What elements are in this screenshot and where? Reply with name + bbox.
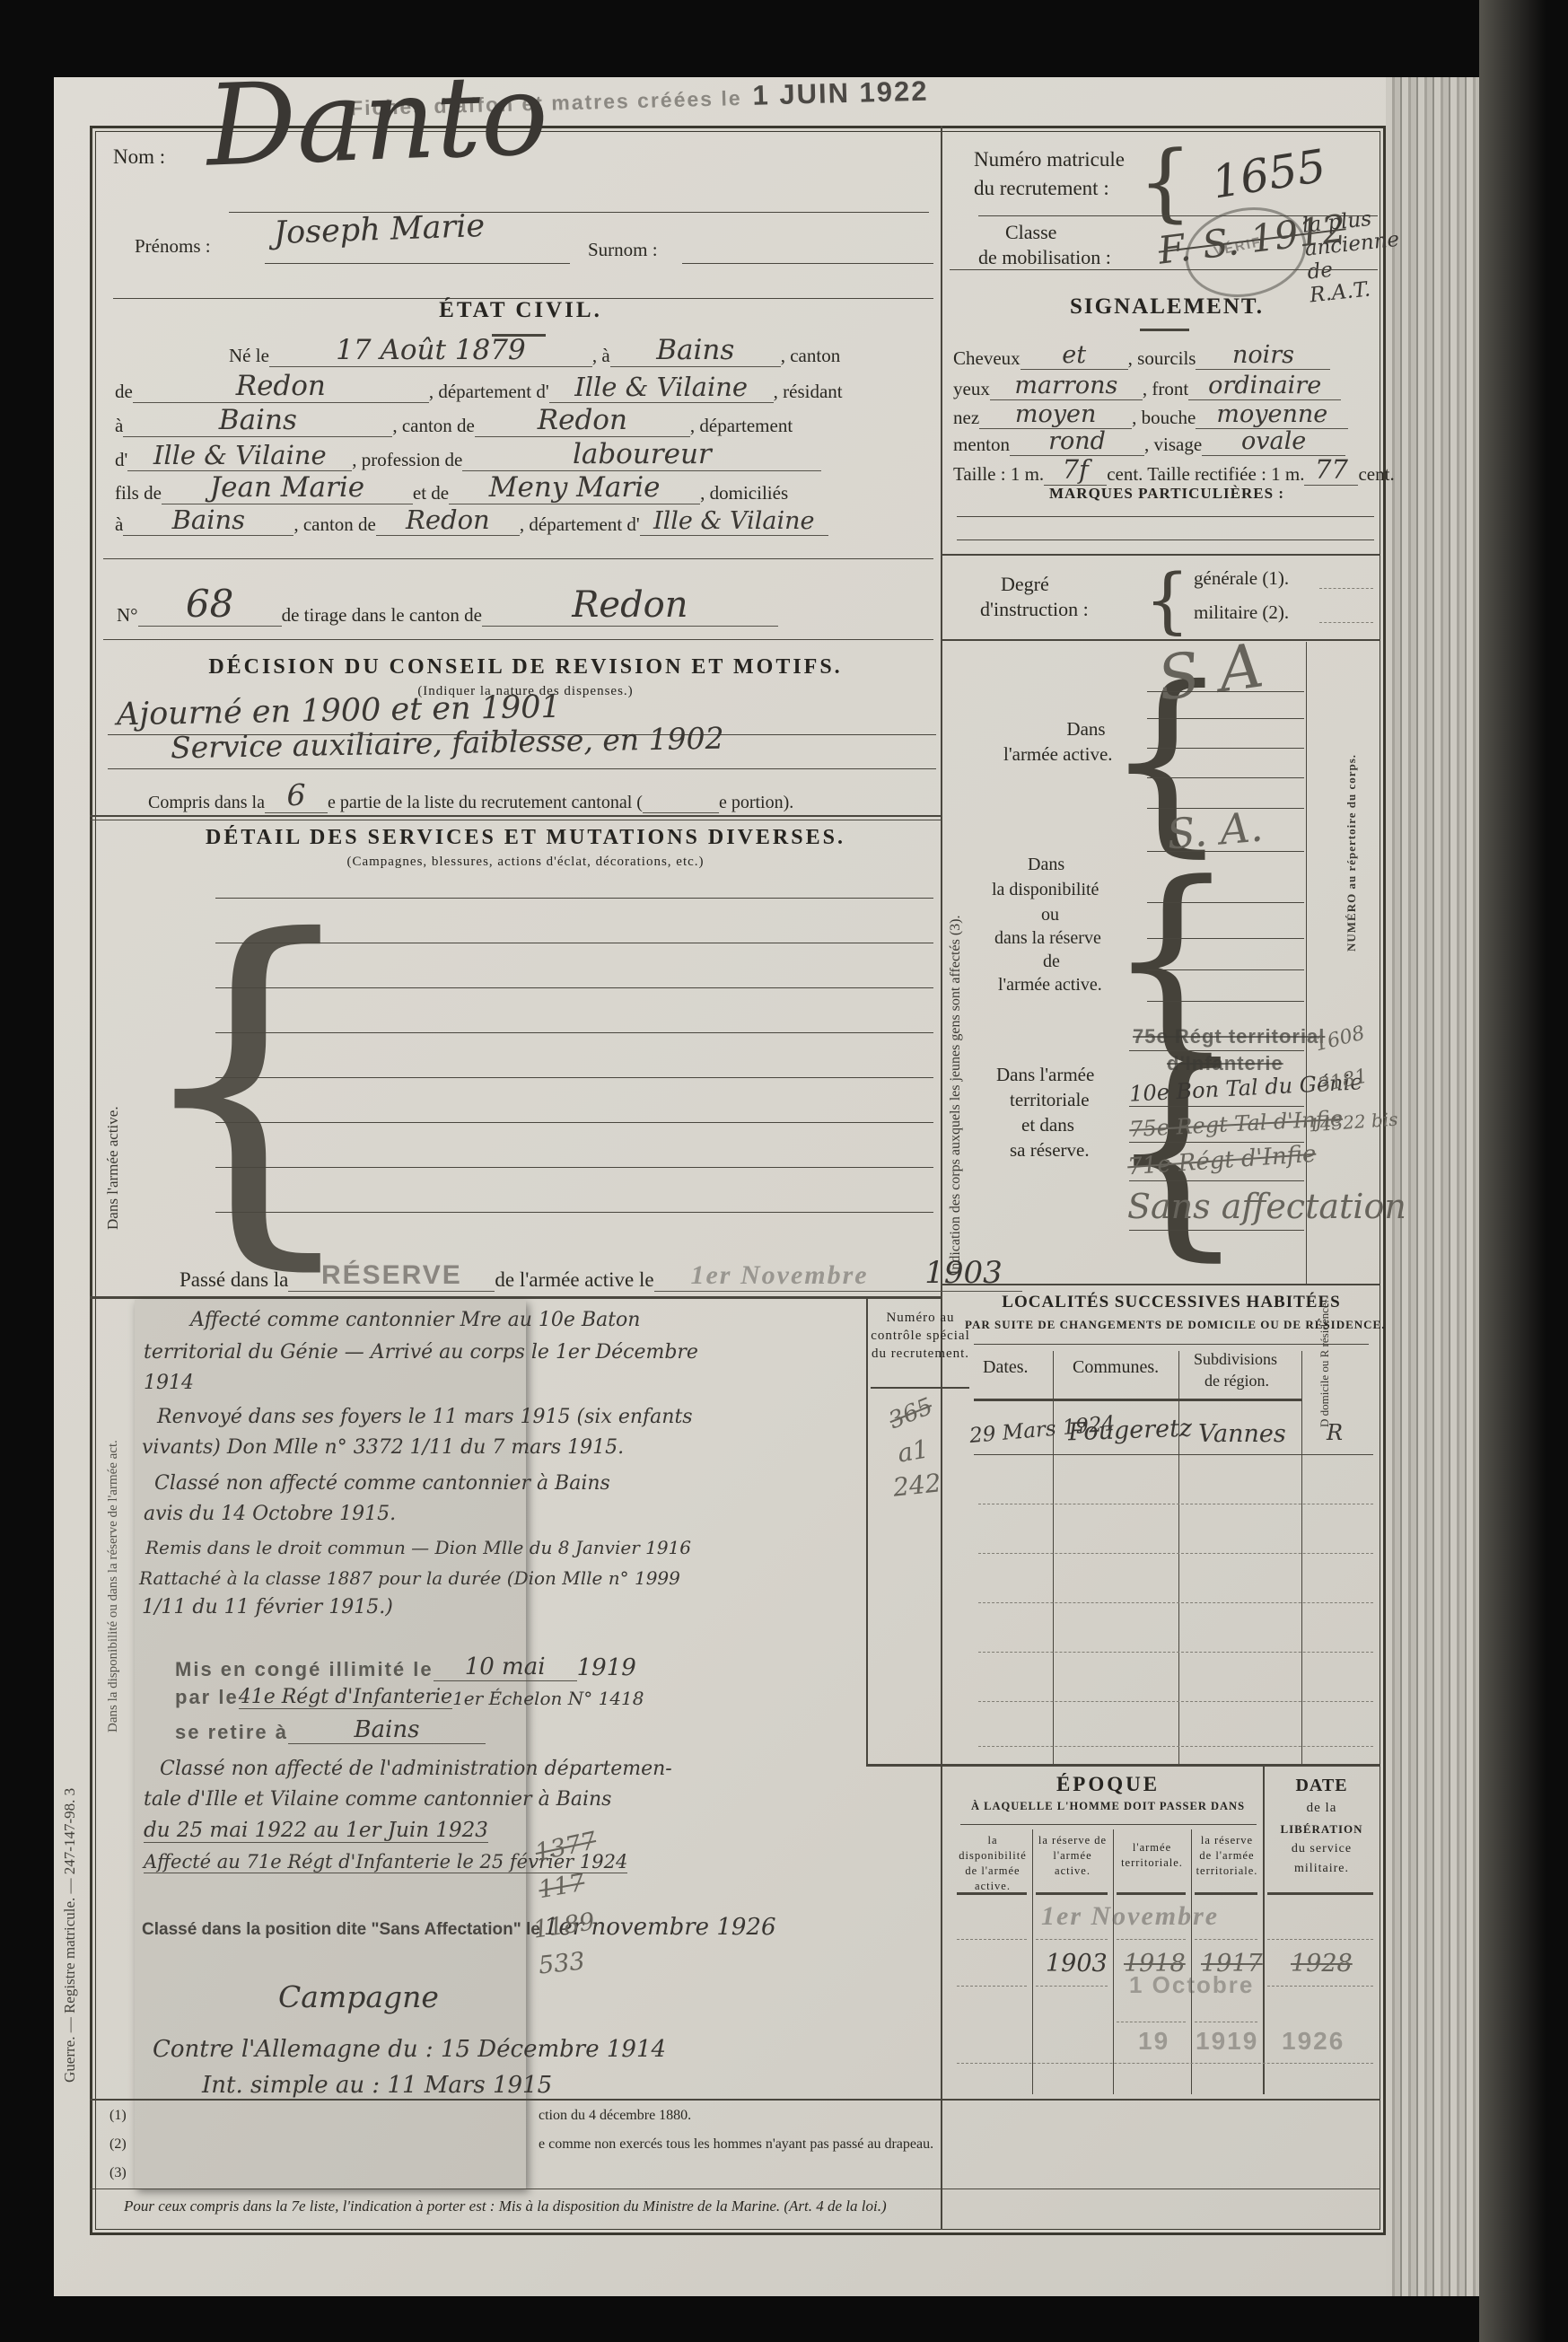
ep-year-3: 1926 (1282, 2027, 1345, 2056)
ec5-post: , domiciliés (700, 482, 788, 504)
degre-top-rule (941, 554, 1380, 556)
footnote-2-mark: (2) (109, 2136, 127, 2153)
conge-regiment: 41e Régt d'Infanterie (239, 1686, 452, 1709)
disp-line-2 (1147, 902, 1304, 903)
act-line-2 (1147, 718, 1304, 719)
section-rule-b (90, 820, 941, 820)
note-l4: Renvoyé dans ses foyers le 11 mars 1915 … (157, 1406, 693, 1428)
ec6-v1: Bains (123, 504, 293, 536)
center-divider (941, 126, 942, 2230)
dispo-label-4: dans la réserve (994, 928, 1101, 949)
sourcils-label: , sourcils (1128, 347, 1196, 370)
note-l6: Classé non affecté comme cantonnier à Ba… (154, 1472, 610, 1495)
ec6-mid: , canton de (293, 513, 376, 536)
ep-dash-2e (1267, 1986, 1373, 1987)
ec1-pre: Né le (229, 345, 269, 367)
terr-label-1: Dans l'armée (996, 1064, 1094, 1086)
degre-generale: générale (1). (1194, 567, 1289, 590)
services-title: DÉTAIL DES SERVICES ET MUTATIONS DIVERSE… (115, 826, 936, 850)
svc-line-6 (215, 1122, 933, 1123)
cheveux-label: Cheveux (953, 347, 1021, 370)
degre-bottom-rule (941, 639, 1380, 641)
ep-c1a: la (987, 1834, 997, 1846)
active-value: S A (1153, 630, 1267, 715)
numero-matricule-label-1: Numéro matricule (974, 148, 1125, 171)
epoque-title: ÉPOQUE (953, 1773, 1263, 1796)
corps-side-label: Indication des corps auxquels les jeunes… (948, 754, 964, 1275)
terr-entry-1a: 75e Régt territorial (1133, 1025, 1325, 1048)
ep-c3a: l'armée (1133, 1841, 1171, 1854)
terr-line-4 (1129, 1180, 1304, 1181)
terr-line-2 (1129, 1106, 1304, 1107)
ep-c1d: l'armée active. (975, 1864, 1021, 1892)
conge-stamp-3: se retire à (175, 1721, 288, 1744)
prenoms-line (265, 263, 570, 264)
sig-row-1: Cheveux et , sourcils noirs (953, 341, 1330, 370)
conge-date: 10 mai (434, 1653, 577, 1681)
services-brace: { (127, 862, 367, 1301)
ec5-mid: et de (413, 482, 449, 504)
terr-line-1 (1129, 1050, 1304, 1051)
footnote-divider (90, 2188, 1380, 2189)
campagne-line-1: Contre l'Allemagne du : 15 Décembre 1914 (153, 2036, 666, 2063)
decision-rule-2 (108, 768, 936, 769)
compris-tail: e portion). (719, 793, 793, 813)
disp-line-4 (1147, 969, 1304, 970)
loc-empty-3 (978, 1602, 1373, 1603)
menton-label: menton (953, 434, 1010, 456)
dispo-label-2: la disponibilité (992, 880, 1099, 900)
ec2-pre: de (115, 381, 133, 403)
act-line-3 (1147, 748, 1304, 749)
terr-line-5 (1129, 1230, 1304, 1231)
disp-line-5 (1147, 1001, 1304, 1002)
numcol-header: Numéro au contrôle spécial du recrutemen… (869, 1309, 972, 1363)
ec-line-5: fils de Jean Marie et de Meny Marie , do… (115, 471, 788, 504)
sig-row-2: yeux marrons , front ordinaire (953, 372, 1341, 400)
conge-year: 1919 (577, 1654, 636, 1681)
ep-date-divider (1263, 1764, 1265, 2094)
ep-c2c: l'armée active. (1053, 1849, 1091, 1877)
note-l9: Rattaché à la classe 1887 pour la durée … (139, 1567, 680, 1589)
ep-dash-1d (1195, 1939, 1257, 1940)
loc-row1-line (974, 1454, 1373, 1455)
ep-c4b: de (1199, 1849, 1212, 1862)
nom-label: Nom : (113, 145, 165, 169)
campagne-title: Campagne (278, 1979, 439, 2014)
compris-value: 6 (265, 777, 328, 813)
surnom-label: Surnom : (588, 239, 658, 261)
sig-row-3: nez moyen , bouche moyenne (953, 400, 1348, 429)
tirage-bottom-line (103, 639, 933, 640)
epoque-top-rule (866, 1764, 1380, 1767)
degre-label-2: d'instruction : (980, 598, 1089, 621)
note-l3: 1914 (144, 1372, 194, 1394)
ec6-v3: Ille & Vilaine (640, 507, 828, 536)
tirage-canton: Redon (482, 584, 778, 627)
pencil-number-4: 533 (538, 1947, 587, 1979)
passe-bottom-rule (90, 1296, 941, 1299)
ec-line-3: à Bains , canton de Redon , département (115, 404, 793, 437)
ec-line-6: à Bains , canton de Redon , département … (115, 504, 828, 536)
ec2-v2: Ille & Vilaine (549, 372, 774, 403)
ep-hd-rule-4 (1195, 1892, 1257, 1895)
tirage-row: N° 68 de tirage dans le canton de Redon (117, 582, 778, 627)
ep-div-1 (1032, 1829, 1033, 2094)
ec-line-4: d' Ille & Vilaine , profession de labour… (115, 438, 821, 471)
note-l8: Remis dans le droit commun — Dion Mlle d… (145, 1537, 691, 1558)
terr-label-3: et dans (1021, 1114, 1074, 1136)
ep-date-e: militaire. (1266, 1862, 1378, 1876)
ep-dash-2a (957, 1986, 1027, 1987)
col-dr: D domicile ou R résidence. (1318, 1293, 1332, 1427)
ec6-v2: Redon (376, 504, 520, 536)
ep-value-reserve: 1903 (1046, 1950, 1108, 1978)
loc-empty-4 (978, 1652, 1373, 1653)
passe-date-stamp: 1er Novembre (654, 1260, 906, 1292)
loc-header-rule (974, 1399, 1301, 1401)
taille-rect-label: cent. Taille rectifiée : 1 m. (1107, 463, 1304, 486)
tirage-no-value: 68 (138, 582, 282, 627)
col-subdiv-2: de région. (1204, 1372, 1269, 1390)
ep-year-2: 1919 (1196, 2027, 1258, 2056)
ec5-v2: Meny Marie (449, 471, 700, 504)
sig-row-4: menton rond , visage ovale (953, 427, 1345, 456)
localites-subtitle: PAR SUITE DE CHANGEMENTS DE DOMICILE OU … (965, 1318, 1378, 1332)
prenoms-value: Joseph Marie (273, 208, 485, 251)
ec4-v2: laboureur (462, 438, 821, 471)
ec1-v2: Bains (610, 334, 781, 367)
ec6-mid2: , département d' (520, 513, 640, 536)
numcol-value-3: 242 (891, 1468, 942, 1502)
svc-line-2 (215, 943, 933, 943)
degre-label-1: Degré (1001, 573, 1049, 596)
col-communes: Communes. (1073, 1357, 1159, 1378)
footnote-2-text: e comme non exercés tous les hommes n'ay… (539, 2136, 933, 2153)
col-subdiv-1: Subdivisions (1194, 1350, 1277, 1369)
svc-line-3 (215, 987, 933, 988)
loc-row1-subdiv: Vannes (1198, 1420, 1286, 1448)
svc-line-5 (215, 1077, 933, 1078)
note-c3: du 25 mai 1922 au 1er Juin 1923 (144, 1819, 488, 1843)
dispo-side-label: Dans la disponibilité ou dans la réserve… (106, 1320, 121, 1732)
taille-value: 7f (1044, 454, 1107, 486)
epoque-subtitle: À LAQUELLE L'HOMME DOIT PASSER DANS (953, 1800, 1263, 1813)
sig-taille-row: Taille : 1 m. 7f cent. Taille rectifiée … (953, 454, 1395, 486)
disp-line-3 (1147, 938, 1304, 939)
note-l1: Affecté comme cantonnier Mre au 10e Bato… (190, 1309, 640, 1331)
note-c2: tale d'Ille et Vilaine comme cantonnier … (144, 1788, 611, 1811)
signalement-rule (1140, 329, 1189, 331)
ec-line-1: Né le 17 Août 1879 , à Bains , canton (229, 334, 840, 367)
dispo-label-5: de (1043, 952, 1060, 972)
classe-label-1: Classe (1005, 221, 1056, 244)
sans-affectation-row: Classé dans la position dite "Sans Affec… (142, 1914, 776, 1941)
conge-row-3: se retire à Bains (175, 1716, 486, 1744)
decision-title: DÉCISION DU CONSEIL DE REVISION ET MOTIF… (115, 655, 936, 680)
ep-hd-rule-3 (1117, 1892, 1186, 1895)
yeux-label: yeux (953, 378, 990, 400)
ec4-v1: Ille & Vilaine (127, 440, 352, 471)
note-l5: vivants) Don Mlle n° 3372 1/11 du 7 mars… (142, 1436, 624, 1459)
epoque-brace-line (960, 1824, 1257, 1825)
loc-div-3 (1301, 1351, 1302, 1764)
terr-entry-5: Sans affectation (1127, 1187, 1406, 1226)
ec2-mid: , département d' (429, 381, 549, 403)
loc-row1-commune: Fougeretz (1068, 1415, 1193, 1447)
loc-div-1 (1053, 1351, 1054, 1764)
ep-dash-1a (957, 1939, 1027, 1940)
numcol-header-rule (871, 1387, 969, 1389)
ec3-v1: Bains (123, 404, 392, 437)
ep-dash-1e (1267, 1939, 1373, 1940)
numcol-left-border (866, 1297, 868, 1764)
terr-label-2: territoriale (1010, 1089, 1090, 1111)
ec1-v1: 17 Août 1879 (269, 334, 592, 367)
ep-col-4: la réserve de l'armée territoriale. (1193, 1833, 1261, 1879)
loc-empty-2 (978, 1553, 1373, 1554)
dispo-label-3: ou (1041, 905, 1059, 925)
visage-value: ovale (1202, 427, 1345, 456)
repertoire-side-label: NUMÉRO au répertoire du corps. (1345, 736, 1359, 952)
localites-title: LOCALITÉS SUCCESSIVES HABITÉES (974, 1293, 1369, 1312)
passe-reserve-stamp: RÉSERVE (288, 1260, 495, 1292)
margin-imprint: Guerre. — Registre matricule. — 247-147-… (61, 1346, 79, 2083)
ep-c3b: territoriale. (1121, 1856, 1183, 1869)
yeux-value: marrons (990, 372, 1143, 400)
conge-retire: Bains (288, 1716, 486, 1744)
footnote-top-rule (90, 2099, 1380, 2101)
ep-c1b: disponibilité (959, 1849, 1027, 1862)
compris-row: Compris dans la 6 e partie de la liste d… (148, 777, 793, 813)
conge-row-2: par le 41e Régt d'Infanterie 1er Échelon… (175, 1686, 644, 1709)
ep-dash-1b (1036, 1939, 1108, 1940)
disp-line-1 (1147, 851, 1304, 852)
bouche-value: moyenne (1196, 400, 1348, 429)
taille-rect-value: 77 (1304, 454, 1358, 486)
ep-div-2 (1113, 1829, 1114, 2094)
ep-dash-3c (1117, 2022, 1186, 2022)
act-line-1 (1147, 691, 1304, 692)
ep-dash-2b (1036, 1986, 1108, 1987)
stamp-date: 1 JUIN 1922 (752, 75, 929, 111)
signalement-title: SIGNALEMENT. (1005, 294, 1328, 320)
ep-hd-rule-1 (957, 1892, 1027, 1895)
svc-line-7 (215, 1167, 933, 1168)
loc-empty-6 (978, 1746, 1373, 1747)
ep-div-3 (1191, 1829, 1192, 2094)
taille-label: Taille : 1 m. (953, 463, 1044, 486)
menton-value: rond (1010, 427, 1144, 456)
ep-date-a: DATE (1266, 1776, 1378, 1796)
numcol-value-2: a1 (895, 1434, 931, 1468)
armee-active-side-label: Dans l'armée active. (104, 907, 122, 1230)
taille-cent-label: cent. (1358, 463, 1394, 486)
note-l7: avis du 14 Octobre 1915. (144, 1503, 396, 1525)
marques-line-2 (957, 539, 1374, 540)
loc-row1-dr: R (1327, 1420, 1343, 1445)
ec3-mid: , canton de (392, 415, 475, 437)
terr-entry-1b: d'Infanterie (1167, 1052, 1283, 1075)
ec3-pre: à (115, 415, 123, 437)
front-label: , front (1143, 378, 1188, 400)
classe-note: la plus ancienne de R.A.T. (1301, 206, 1391, 308)
dispo-label-1: Dans (1028, 855, 1064, 875)
classe-line (950, 269, 1378, 270)
localites-top-rule (941, 1284, 1380, 1285)
bouche-label: , bouche (1132, 407, 1196, 429)
ep-value-liberation: 1928 (1291, 1950, 1353, 1978)
ep-hd-rule-5 (1267, 1892, 1373, 1895)
active-label-2: l'armée active. (1003, 743, 1113, 766)
conge-stamp-1: Mis en congé illimité le (175, 1658, 434, 1681)
ep-dash-3d (1195, 2022, 1257, 2022)
dispo-label-6: l'armée active. (998, 975, 1102, 996)
passe-pre: Passé dans la (180, 1268, 288, 1292)
ep-dash-1c (1117, 1939, 1186, 1940)
ec6-pre: à (115, 513, 123, 536)
degre-brace: { (1144, 558, 1190, 642)
ep-date-d: du service (1266, 1842, 1378, 1856)
register-page: Fiches d'affon et matres créées le 1 JUI… (0, 0, 1568, 2342)
note-l10: 1/11 du 11 février 1915.) (142, 1596, 393, 1618)
marques-label: MARQUES PARTICULIÈRES : (987, 485, 1346, 503)
prenoms-label: Prénoms : (135, 235, 211, 258)
nez-label: nez (953, 407, 979, 429)
footnote-1-mark: (1) (109, 2108, 127, 2124)
tirage-no-label: N° (117, 604, 138, 627)
tirage-text: de tirage dans le canton de (282, 604, 482, 627)
nez-value: moyen (979, 400, 1132, 429)
footnote-last: Pour ceux compris dans la 7e liste, l'in… (124, 2197, 887, 2215)
ep-c4a: la réserve (1201, 1834, 1253, 1846)
ec4-pre: d' (115, 449, 127, 471)
campagne-line-2: Int. simple au : 11 Mars 1915 (202, 2072, 552, 2099)
loc-div-2 (1178, 1351, 1179, 1764)
matricule-brace: { (1138, 133, 1192, 232)
ec3-v2: Redon (475, 404, 690, 437)
note-l2: territorial du Génie — Arrivé au corps l… (144, 1341, 698, 1364)
footnote-1-text: ction du 4 décembre 1880. (539, 2108, 691, 2124)
note-c1: Classé non affecté de l'administration d… (160, 1758, 672, 1780)
section-rule-a (90, 815, 941, 817)
degre-dots-2 (1319, 622, 1373, 623)
ec5-v1: Jean Marie (162, 471, 413, 504)
ep-c4d: territoriale. (1196, 1864, 1258, 1877)
ec2-v1: Redon (133, 370, 429, 403)
ec-line-2: de Redon , département d' Ille & Vilaine… (115, 370, 843, 403)
ep-c2b: de (1094, 1834, 1107, 1846)
ec3-post: , département (690, 415, 793, 437)
ep-col-2: la réserve de l'armée active. (1034, 1833, 1111, 1879)
col-dates: Dates. (983, 1357, 1029, 1378)
passe-row: Passé dans la RÉSERVE de l'armée active … (180, 1255, 1022, 1292)
ep-c4c: l'armée (1215, 1849, 1254, 1862)
conge-row-1: Mis en congé illimité le 10 mai 1919 (175, 1653, 636, 1681)
ep-hd-rule-2 (1036, 1892, 1108, 1895)
ep-c2a: la réserve (1038, 1834, 1091, 1846)
conge-echelon: 1er Échelon N° 1418 (452, 1688, 644, 1709)
loc-empty-1 (978, 1504, 1373, 1504)
marques-line-1 (957, 516, 1374, 517)
ep-date-b: de la (1266, 1801, 1378, 1816)
conge-stamp-2: par le (175, 1686, 239, 1709)
svc-line-4 (215, 1032, 933, 1033)
front-value: ordinaire (1188, 372, 1341, 400)
degre-dots-1 (1319, 588, 1373, 589)
compris-pre: Compris dans la (148, 793, 265, 813)
nom-value: Danto (205, 49, 551, 191)
compris-post: e partie de la liste du recrutement cant… (328, 793, 643, 813)
ep-stamp-novembre: 1er Novembre (1041, 1901, 1219, 1932)
svc-line-8 (215, 1212, 933, 1213)
act-line-4 (1147, 777, 1304, 778)
ep-col-3: l'armée territoriale. (1115, 1840, 1189, 1871)
ec2-post: , résidant (774, 381, 843, 403)
localites-brace-line (974, 1344, 1369, 1345)
tirage-top-line (103, 558, 933, 559)
degre-militaire: militaire (2). (1194, 601, 1289, 624)
ep-c1c: de (965, 1864, 977, 1877)
ep-dash-4 (957, 2063, 1373, 2064)
numero-matricule-label-2: du recrutement : (974, 177, 1109, 200)
ec1-post: , canton (781, 345, 840, 367)
svc-line-1 (215, 898, 933, 899)
ep-stamp-octobre: 1 Octobre (1129, 1971, 1254, 1999)
sourcils-value: noirs (1196, 341, 1330, 370)
surnom-line (682, 263, 933, 264)
ep-col-1: la disponibilité de l'armée active. (953, 1833, 1032, 1894)
photo-edge-shadow (1479, 0, 1568, 2342)
terr-label-4: sa réserve. (1010, 1139, 1090, 1162)
cheveux-value: et (1021, 341, 1128, 370)
ec4-mid: , profession de (352, 449, 462, 471)
ep-date-c: LIBÉRATION (1266, 1822, 1378, 1837)
footnote-3-mark: (3) (109, 2165, 127, 2181)
classe-label-2: de mobilisation : (978, 246, 1111, 269)
passe-mid: de l'armée active le (495, 1268, 653, 1292)
loc-empty-5 (978, 1701, 1373, 1702)
ec1-mid: , à (592, 345, 610, 367)
etat-civil-title: ÉTAT CIVIL. (386, 298, 655, 323)
ec5-pre: fils de (115, 482, 162, 504)
sans-affectation-stamp: Classé dans la position dite "Sans Affec… (142, 1920, 540, 1939)
visage-label: , visage (1144, 434, 1202, 456)
ep-year-1: 19 (1138, 2027, 1169, 2056)
